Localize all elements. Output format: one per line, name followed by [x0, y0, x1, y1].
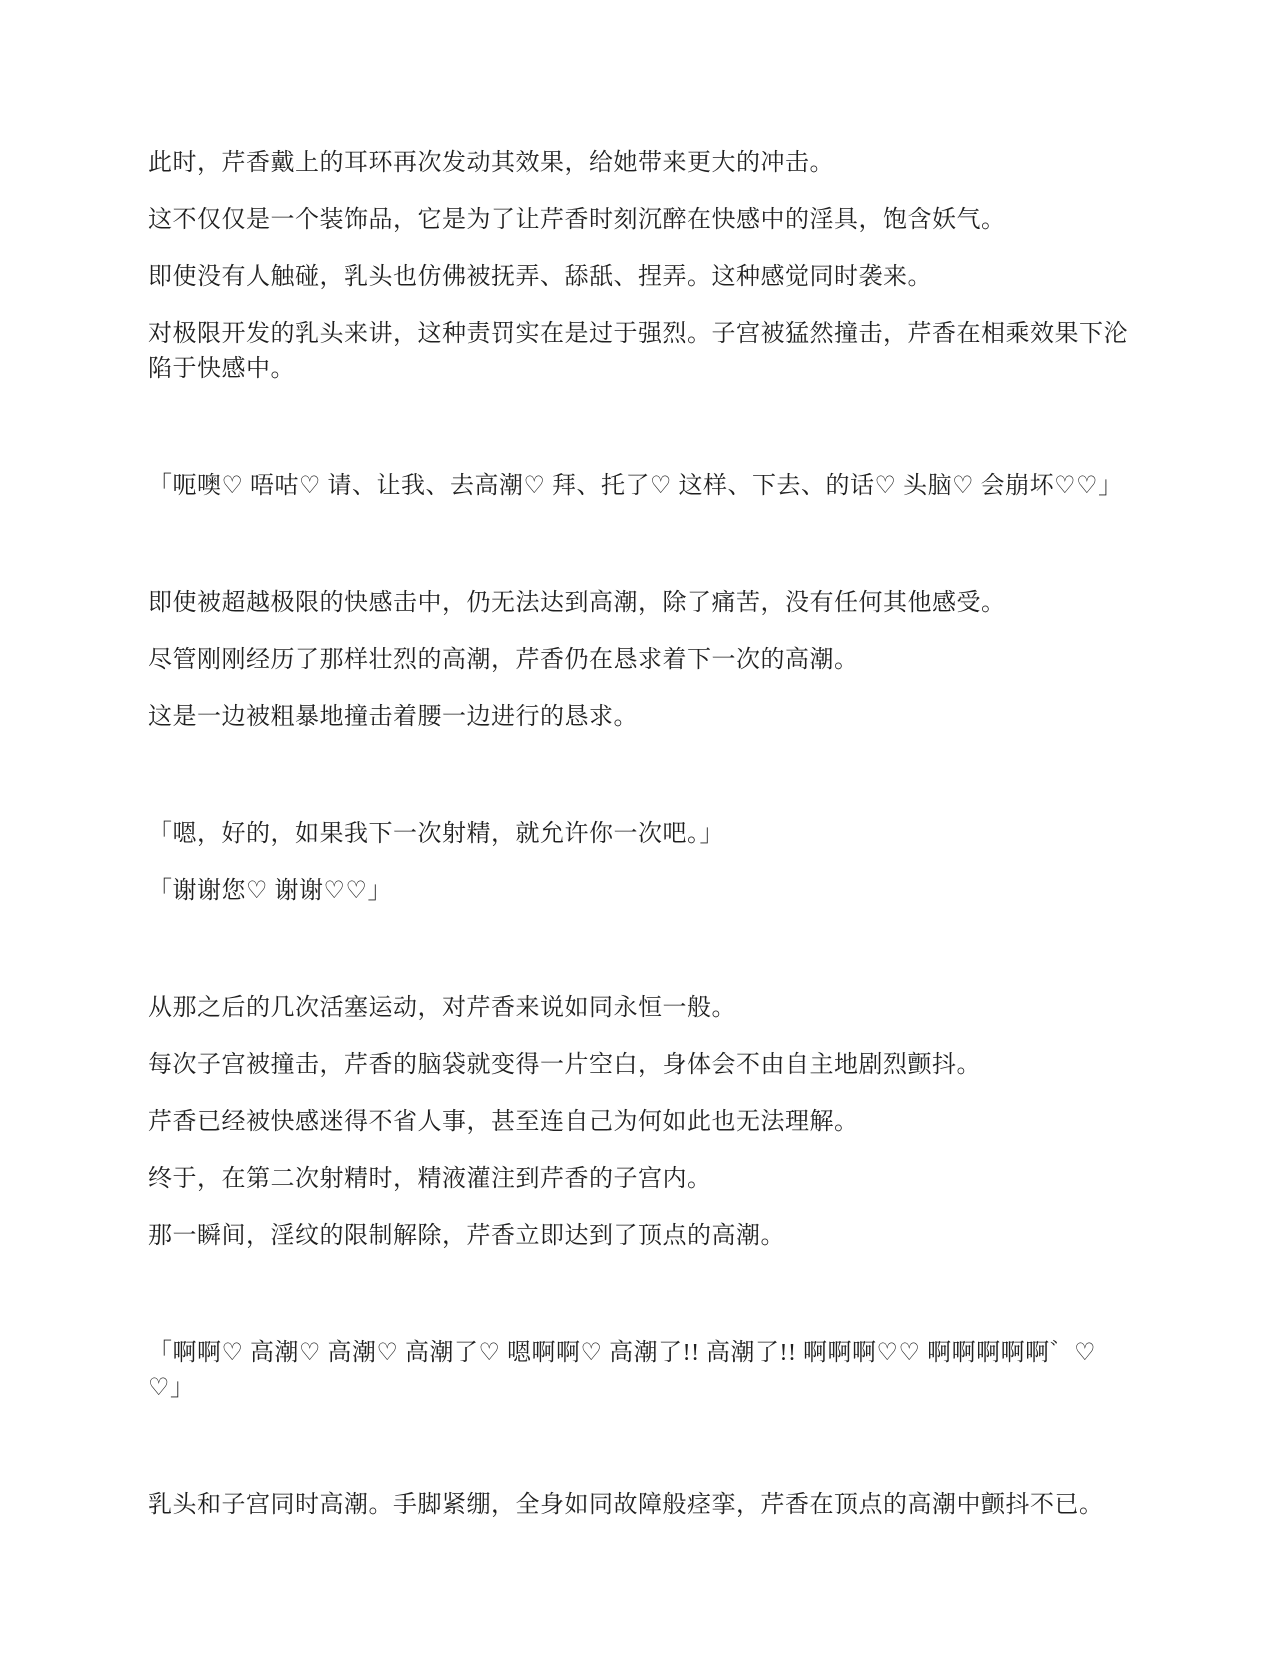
narration-paragraph: 这是一边被粗暴地撞击着腰一边进行的恳求。	[148, 700, 1130, 735]
narration-paragraph: 从那之后的几次活塞运动，对芹香来说如同永恒一般。	[148, 991, 1130, 1026]
narration-paragraph: 每次子宫被撞击，芹香的脑袋就变得一片空白，身体会不由自主地剧烈颤抖。	[148, 1048, 1130, 1083]
narration-paragraph: 这不仅仅是一个装饰品，它是为了让芹香时刻沉醉在快感中的淫具，饱含妖气。	[148, 203, 1130, 238]
narration-paragraph: 此时，芹香戴上的耳环再次发动其效果，给她带来更大的冲击。	[148, 146, 1130, 181]
dialogue-line: 「嗯，好的，如果我下一次射精，就允许你一次吧。」	[148, 817, 1130, 852]
dialogue-line: 「呃噢♡ 唔咕♡ 请、让我、去高潮♡ 拜、托了♡ 这样、下去、的话♡ 头脑♡ 会…	[148, 469, 1130, 504]
narration-paragraph: 即使没有人触碰，乳头也仿佛被抚弄、舔舐、捏弄。这种感觉同时袭来。	[148, 260, 1130, 295]
narration-paragraph: 即使被超越极限的快感击中，仍无法达到高潮，除了痛苦，没有任何其他感受。	[148, 586, 1130, 621]
narration-paragraph: 尽管刚刚经历了那样壮烈的高潮，芹香仍在恳求着下一次的高潮。	[148, 643, 1130, 678]
narration-paragraph: 对极限开发的乳头来讲，这种责罚实在是过于强烈。子宫被猛然撞击，芹香在相乘效果下沦…	[148, 317, 1130, 387]
dialogue-line: 「谢谢您♡ 谢谢♡♡」	[148, 874, 1130, 909]
narration-paragraph: 乳头和子宫同时高潮。手脚紧绷，全身如同故障般痉挛，芹香在顶点的高潮中颤抖不已。	[148, 1488, 1130, 1523]
narration-paragraph: 终于，在第二次射精时，精液灌注到芹香的子宫内。	[148, 1162, 1130, 1197]
narration-paragraph: 那一瞬间，淫纹的限制解除，芹香立即达到了顶点的高潮。	[148, 1219, 1130, 1254]
document-page: 此时，芹香戴上的耳环再次发动其效果，给她带来更大的冲击。 这不仅仅是一个装饰品，…	[0, 0, 1280, 1656]
narration-paragraph: 芹香已经被快感迷得不省人事，甚至连自己为何如此也无法理解。	[148, 1105, 1130, 1140]
dialogue-line: 「啊啊♡ 高潮♡ 高潮♡ 高潮了♡ 嗯啊啊♡ 高潮了!! 高潮了!! 啊啊啊♡♡…	[148, 1336, 1130, 1406]
